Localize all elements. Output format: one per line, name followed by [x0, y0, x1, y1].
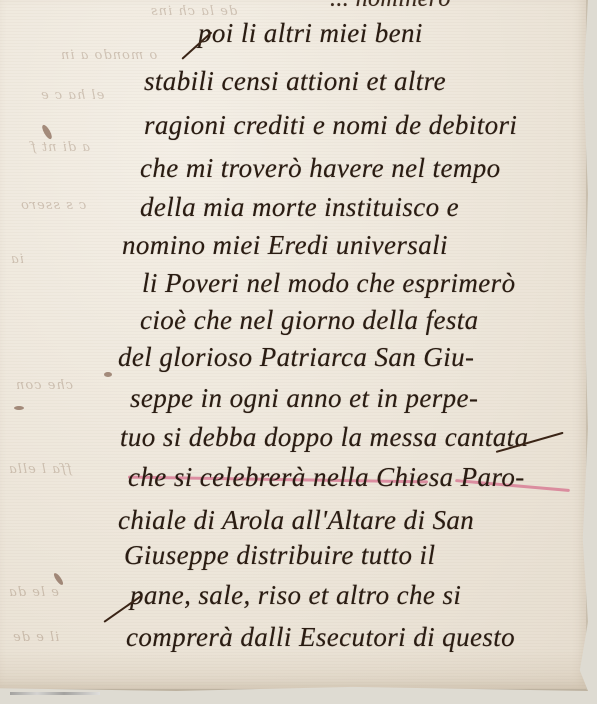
bleed-through-text: el ha c e: [40, 88, 104, 103]
ink-blot: [14, 406, 24, 410]
manuscript-line: poi li altri miei beni: [198, 18, 423, 49]
bleed-through-text: a di nt f: [30, 140, 90, 155]
ink-blot: [40, 124, 53, 141]
scanned-manuscript: de la ch ins o mondo a in el ha c e a di…: [0, 0, 597, 704]
bleed-through-text: ffa l ella: [8, 462, 72, 477]
bleed-through-text: o mondo a in: [60, 48, 157, 63]
manuscript-line: seppe in ogni anno et in perpe-: [130, 383, 478, 414]
manuscript-line: li Poveri nel modo che esprimerò: [142, 268, 515, 299]
ink-blot: [104, 372, 112, 377]
manuscript-line: ragioni crediti e nomi de debitori: [144, 110, 517, 141]
bleed-through-text: de la ch ins: [150, 4, 237, 19]
bleed-through-text: c s ssero: [20, 198, 86, 213]
manuscript-line: della mia morte instituisco e: [140, 192, 459, 223]
manuscript-line: pane, sale, riso et altro che si: [130, 580, 461, 611]
manuscript-line: del glorioso Patriarca San Giu-: [118, 342, 474, 373]
scan-edge-artifact: [10, 692, 100, 695]
manuscript-line: nomino miei Eredi universali: [122, 230, 448, 261]
bleed-through-text: che con: [15, 378, 73, 393]
manuscript-line: Giuseppe distribuire tutto il: [124, 540, 435, 571]
bleed-through-text: ia: [10, 252, 24, 267]
bleed-through-text: il e de: [12, 630, 59, 645]
manuscript-line: che mi troverò havere nel tempo: [140, 153, 501, 184]
bleed-through-text: e le da: [8, 585, 59, 600]
manuscript-line: stabili censi attioni et altre: [144, 66, 446, 97]
manuscript-line: comprerà dalli Esecutori di questo: [126, 622, 515, 653]
manuscript-line: chiale di Arola all'Altare di San: [118, 505, 474, 536]
manuscript-line: ... nominerò: [330, 0, 451, 13]
manuscript-line: cioè che nel giorno della festa: [140, 305, 479, 336]
paper-sheet: de la ch ins o mondo a in el ha c e a di…: [0, 0, 588, 691]
manuscript-line: che si celebrerà nella Chiesa Paro-: [128, 462, 525, 493]
manuscript-line: tuo si debba doppo la messa cantata: [120, 422, 528, 453]
